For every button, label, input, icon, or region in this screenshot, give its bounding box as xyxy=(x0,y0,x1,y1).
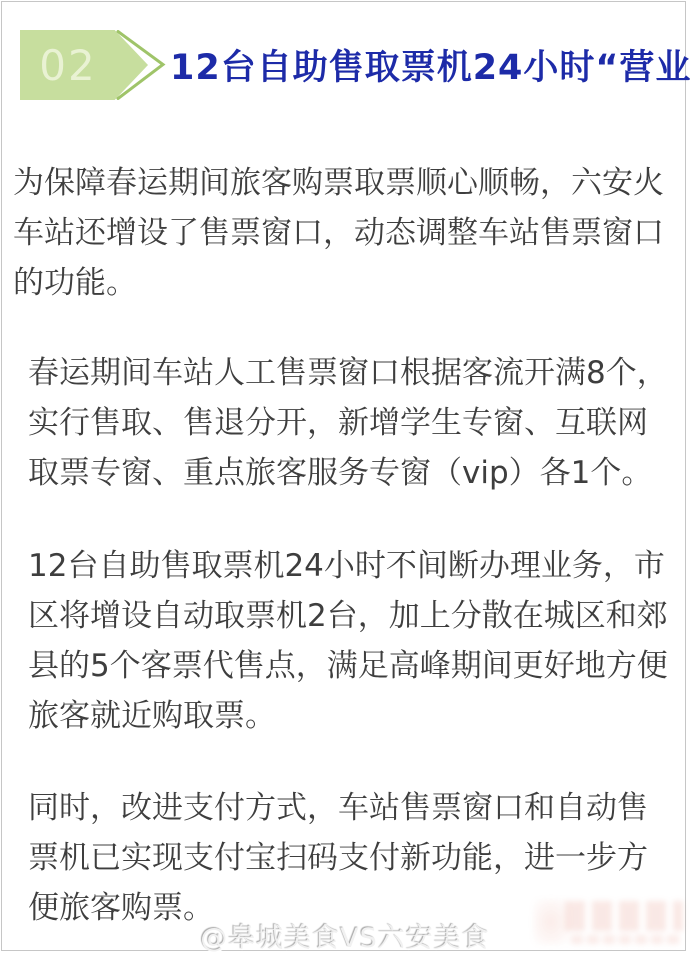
section-number-badge: 02 xyxy=(20,30,185,100)
section-number: 02 xyxy=(20,30,116,100)
paragraph-intro: 为保障春运期间旅客购票取票顺心顺畅，六安火车站还增设了售票窗口，动态调整车站售票… xyxy=(13,158,679,308)
paragraph-ticket-machines: 12台自助售取票机24小时不间断办理业务，市区将增设自动取票机2台，加上分散在城… xyxy=(28,541,678,741)
paragraph-payment: 同时，改进支付方式，车站售票窗口和自动售票机已实现支付宝扫码支付新功能，进一步方… xyxy=(28,783,678,933)
credit-watermark: @皋城美食VS六安美食 xyxy=(0,916,690,955)
section-title: 12台自助售取票机24小时“营业” xyxy=(170,30,690,100)
section-header: 02 12台自助售取票机24小时“营业” xyxy=(0,30,690,100)
paragraph-ticket-windows: 春运期间车站人工售票窗口根据客流开满8个，实行售取、售退分开，新增学生专窗、互联… xyxy=(28,348,678,498)
